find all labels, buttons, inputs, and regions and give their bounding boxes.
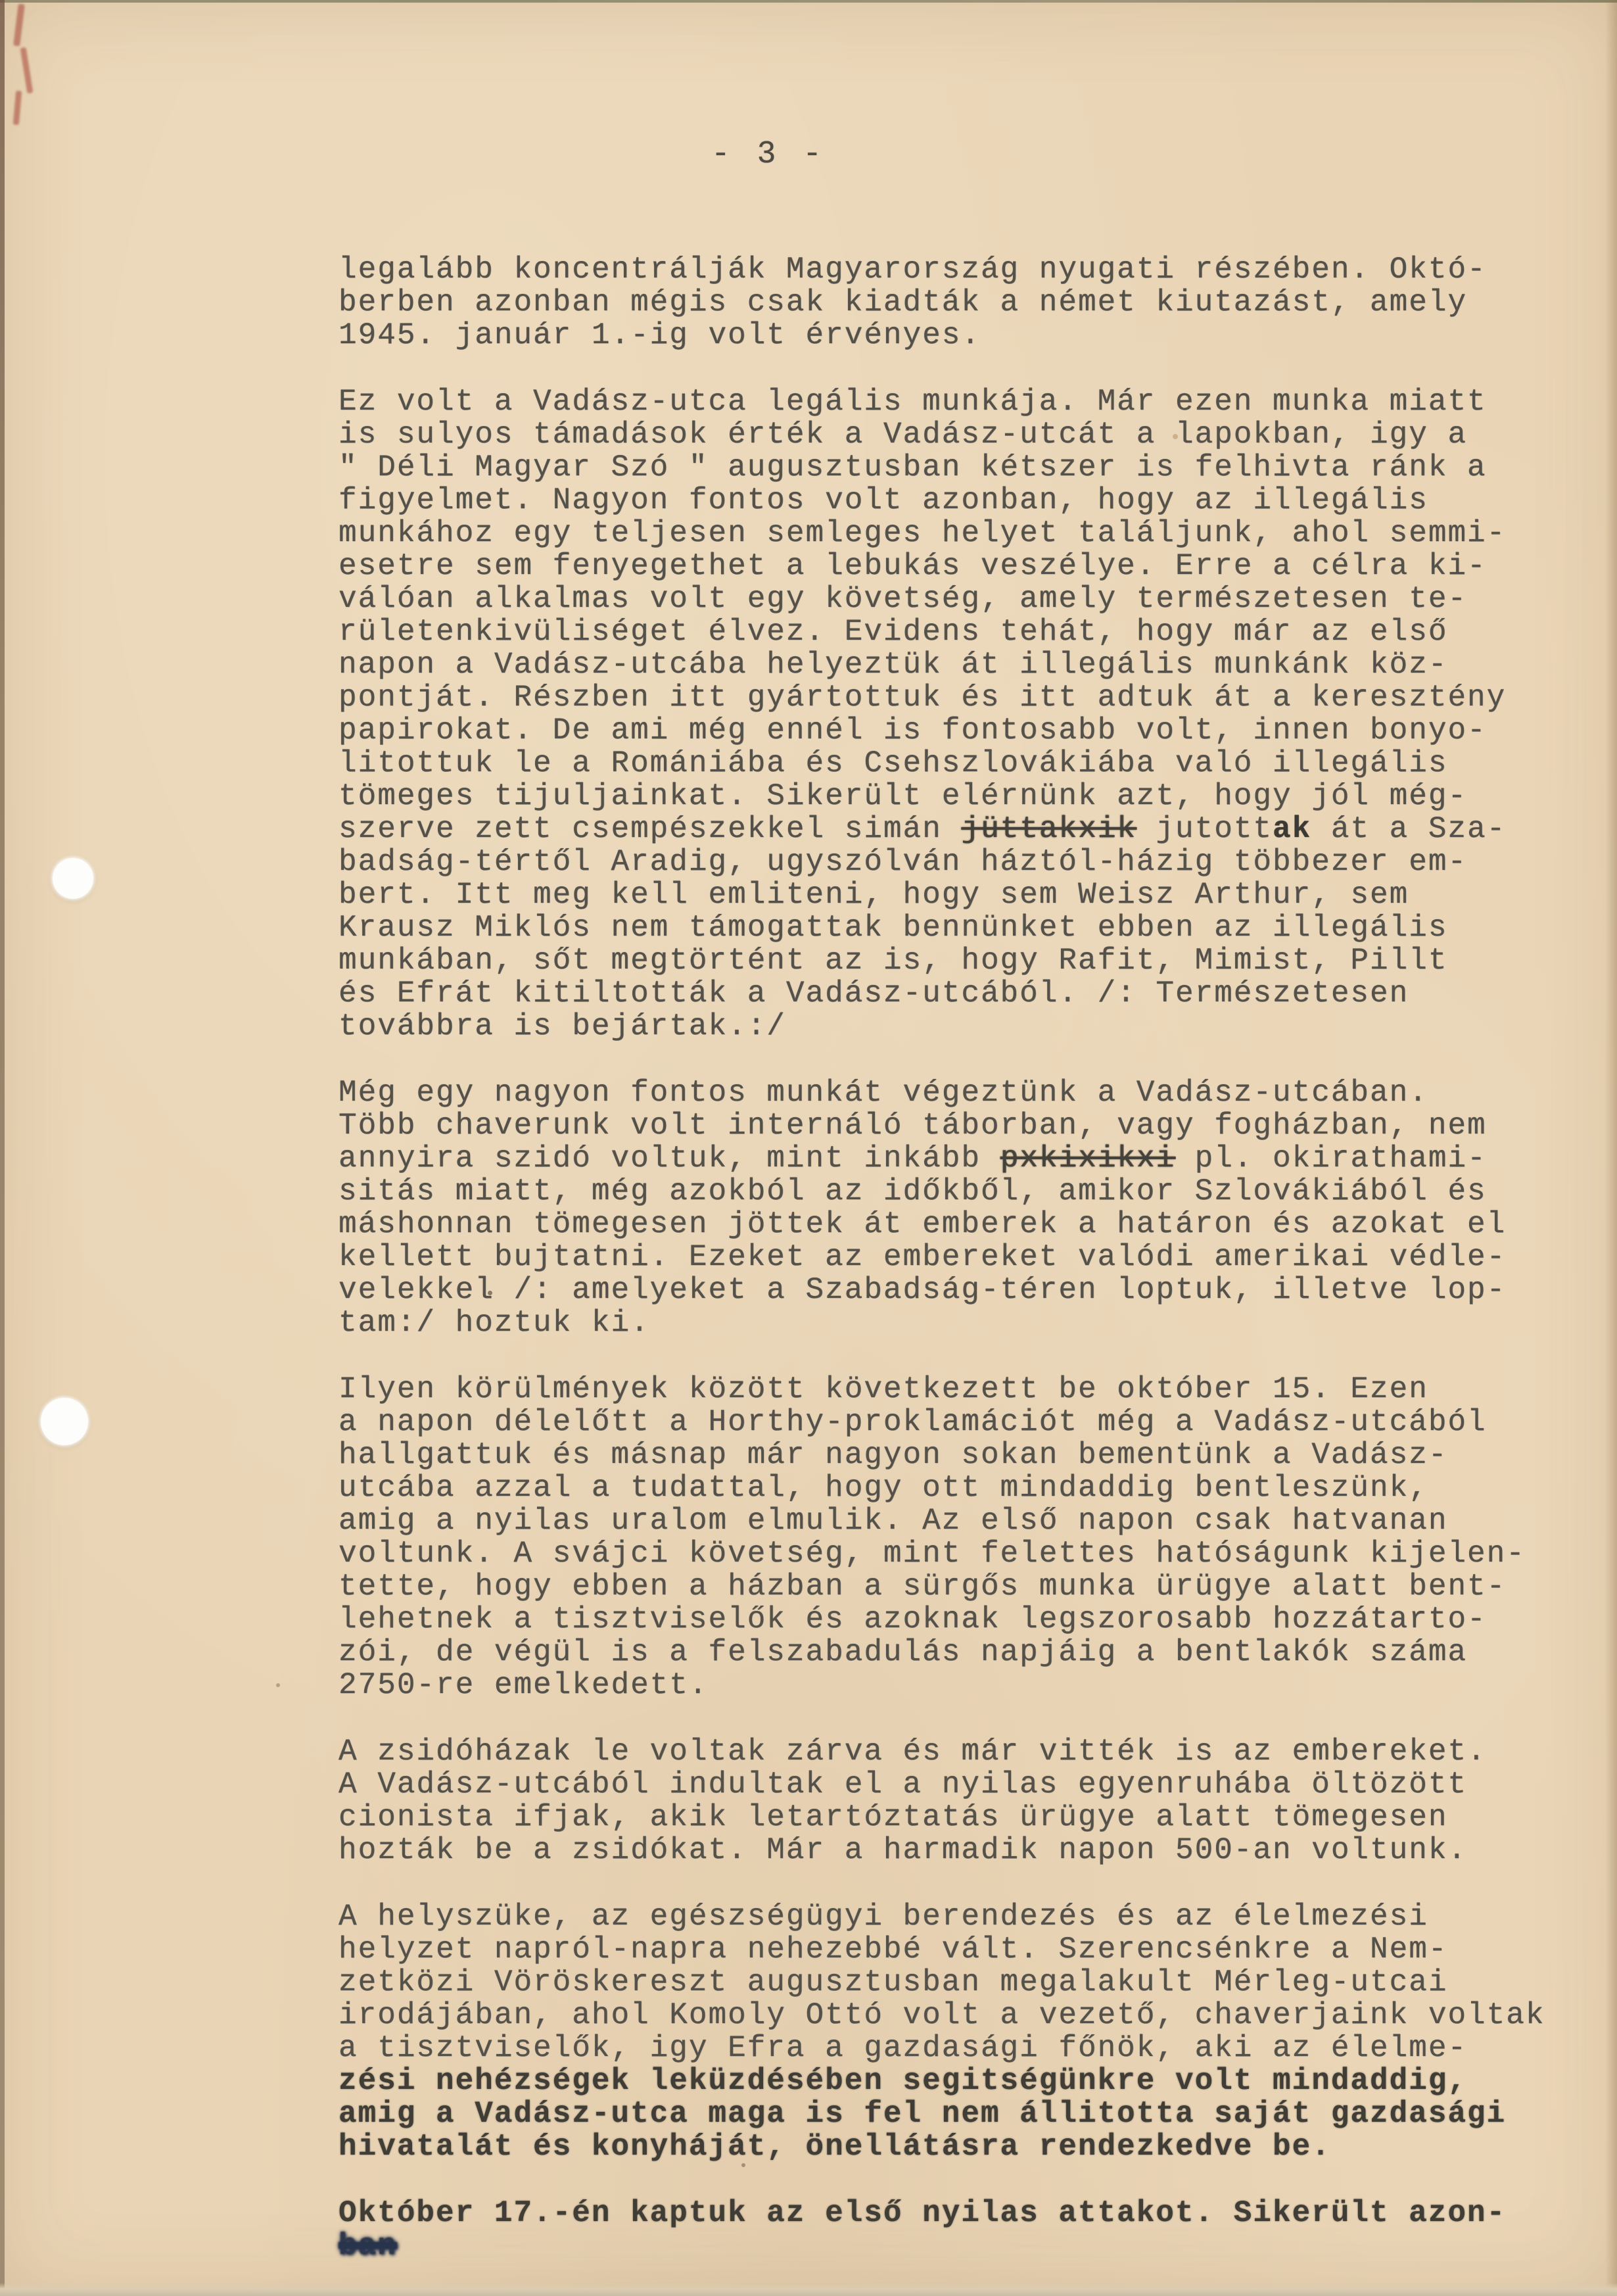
- text-line: tömeges tijuljainkat. Sikerült elérnünk …: [339, 780, 1574, 813]
- text-line: szerve zett csempészekkel simán jüttakxi…: [339, 813, 1574, 846]
- text-line: válóan alkalmas volt egy követség, amely…: [339, 583, 1574, 615]
- text-line: utcába azzal a tudattal, hogy ott mindad…: [339, 1471, 1574, 1504]
- paragraph: legalább koncentrálják Magyarország nyug…: [339, 253, 1574, 352]
- text-line: badság-tértől Aradig, ugyszólván háztól-…: [339, 846, 1574, 878]
- paragraph: Ez volt a Vadász-utca legális munkája. M…: [339, 385, 1574, 1043]
- page-number: - 3 -: [711, 137, 826, 172]
- text-line: tette, hogy ebben a házban a sürgős munk…: [339, 1570, 1574, 1603]
- punch-hole-bottom: [41, 1398, 88, 1445]
- smudged-crossed-out-text: ban: [339, 2229, 397, 2263]
- text-line: lehetnek a tisztviselők és azoknak legsz…: [339, 1603, 1574, 1636]
- text-line: továbbra is bejártak.:/: [339, 1010, 1574, 1043]
- text-line: voltunk. A svájci követség, mint felette…: [339, 1537, 1574, 1570]
- paragraph: Ilyen körülmények között következett be …: [339, 1373, 1574, 1702]
- text-line: " Déli Magyar Szó " augusztusban kétszer…: [339, 451, 1574, 484]
- text-line: figyelmet. Nagyon fontos volt azonban, h…: [339, 484, 1574, 517]
- text-line: zói, de végül is a felszabadulás napjáig…: [339, 1636, 1574, 1669]
- struck-text: pxkixikxi: [1000, 1141, 1175, 1176]
- text-line: papirokat. De ami még ennél is fontosabb…: [339, 714, 1574, 747]
- text-line: Október 17.-én kaptuk az első nyilas att…: [339, 2197, 1574, 2230]
- text-line: amig a Vadász-utca maga is fel nem állit…: [339, 2097, 1574, 2130]
- text-line: Ilyen körülmények között következett be …: [339, 1373, 1574, 1406]
- text-line: sitás miatt, még azokból az időkből, ami…: [339, 1175, 1574, 1208]
- text-line: zési nehézségek leküzdésében segitségünk…: [339, 2065, 1574, 2097]
- scan-edge-left: [0, 0, 5, 2296]
- document-body: legalább koncentrálják Magyarország nyug…: [339, 253, 1574, 2296]
- text-line: kellett bujtatni. Ezeket az embereket va…: [339, 1241, 1574, 1274]
- paragraph: A zsidóházak le voltak zárva és már vitt…: [339, 1735, 1574, 1867]
- text-line: velekkel /: amelyeket a Szabadság-téren …: [339, 1274, 1574, 1306]
- text-line: ban: [339, 2230, 1574, 2262]
- text-line: litottuk le a Romániába és Csehszlovákiá…: [339, 747, 1574, 780]
- text-line: és Efrát kitiltották a Vadász-utcából. /…: [339, 977, 1574, 1010]
- text-line: amig a nyilas uralom elmulik. Az első na…: [339, 1504, 1574, 1537]
- text-line: hallgattuk és másnap már nagyon sokan be…: [339, 1439, 1574, 1471]
- text-line: Még egy nagyon fontos munkát végeztünk a…: [339, 1076, 1574, 1109]
- text-line: a tisztviselők, igy Efra a gazdasági főn…: [339, 2032, 1574, 2065]
- text-line: pontját. Részben itt gyártottuk és itt a…: [339, 681, 1574, 714]
- paragraph: Még egy nagyon fontos munkát végeztünk a…: [339, 1076, 1574, 1339]
- text-line: a napon délelőtt a Horthy-proklamációt m…: [339, 1406, 1574, 1439]
- text-line: helyzet napról-napra nehezebbé vált. Sze…: [339, 1933, 1574, 1966]
- text-line: hozták be a zsidókat. Már a harmadik nap…: [339, 1834, 1574, 1867]
- text-line: zetközi Vöröskereszt augusztusban megala…: [339, 1966, 1574, 1999]
- red-ink-mark: [13, 4, 25, 47]
- text-segment: jutott: [1137, 812, 1273, 846]
- text-line: bert. Itt meg kell emliteni, hogy sem We…: [339, 878, 1574, 911]
- red-ink-mark: [13, 91, 22, 126]
- text-line: rületenkivüliséget élvez. Evidens tehát,…: [339, 615, 1574, 648]
- text-line: Több chaverunk volt internáló táborban, …: [339, 1109, 1574, 1142]
- text-segment: pl. okirathami-: [1175, 1141, 1487, 1176]
- text-segment: át a Sza-: [1311, 812, 1506, 846]
- text-line: A zsidóházak le voltak zárva és már vitt…: [339, 1735, 1574, 1768]
- text-line: Krausz Miklós nem támogattak bennünket e…: [339, 911, 1574, 944]
- text-line: napon a Vadász-utcába helyeztük át illeg…: [339, 648, 1574, 681]
- text-line: munkában, sőt megtörtént az is, hogy Raf…: [339, 944, 1574, 977]
- scan-edge-right: [1605, 0, 1617, 2296]
- red-ink-mark: [20, 47, 34, 94]
- paragraph: A helyszüke, az egészségügyi berendezés …: [339, 1900, 1574, 2163]
- paper-speckle: [276, 1683, 280, 1687]
- text-line: berben azonban mégis csak kiadták a néme…: [339, 286, 1574, 319]
- text-line: annyira szidó voltuk, mint inkább pxkixi…: [339, 1142, 1574, 1175]
- text-line: legalább koncentrálják Magyarország nyug…: [339, 253, 1574, 286]
- text-line: tam:/ hoztuk ki.: [339, 1306, 1574, 1339]
- text-line: cionista ifjak, akik letartóztatás ürügy…: [339, 1801, 1574, 1834]
- text-line: Ez volt a Vadász-utca legális munkája. M…: [339, 385, 1574, 418]
- scan-edge-top: [0, 0, 1617, 3]
- text-segment: ak: [1273, 812, 1311, 846]
- text-line: máshonnan tömegesen jöttek át emberek a …: [339, 1208, 1574, 1241]
- text-segment: szerve zett csempészekkel simán: [339, 812, 961, 846]
- text-line: hivatalát és konyháját, önellátásra rend…: [339, 2130, 1574, 2163]
- text-line: 2750-re emelkedett.: [339, 1669, 1574, 1702]
- text-line: A helyszüke, az egészségügyi berendezés …: [339, 1900, 1574, 1933]
- text-segment: annyira szidó voltuk, mint inkább: [339, 1141, 1000, 1176]
- punch-hole-top: [53, 858, 93, 899]
- text-line: munkához egy teljesen semleges helyet ta…: [339, 517, 1574, 550]
- struck-text: jüttakxik: [961, 812, 1136, 846]
- text-line: is sulyos támadások érték a Vadász-utcát…: [339, 418, 1574, 451]
- text-line: 1945. január 1.-ig volt érvényes.: [339, 319, 1574, 352]
- scanned-document-page: - 3 - legalább koncentrálják Magyarorszá…: [0, 0, 1617, 2296]
- text-line: irodájában, ahol Komoly Ottó volt a veze…: [339, 1999, 1574, 2032]
- text-line: A Vadász-utcából indultak el a nyilas eg…: [339, 1768, 1574, 1801]
- text-line: esetre sem fenyegethet a lebukás veszély…: [339, 550, 1574, 583]
- paragraph: Október 17.-én kaptuk az első nyilas att…: [339, 2197, 1574, 2262]
